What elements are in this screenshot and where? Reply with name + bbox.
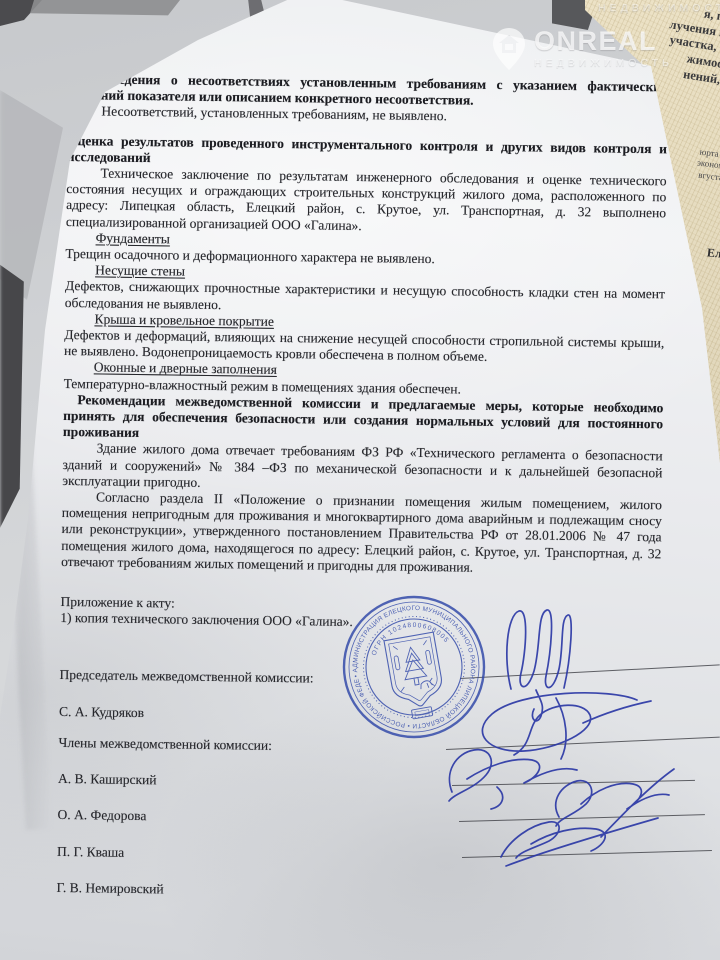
- onreal-watermark: ONREAL НЕДВИЖИМОСТЬ: [492, 27, 720, 79]
- document-body: Сведения о несоответствиях установленным…: [56, 71, 667, 904]
- watermark-brand: ONREAL: [534, 27, 699, 55]
- background-paper-edge: [30, 0, 180, 22]
- para-fz384: Здание жилого дома отвечает требованиям …: [62, 440, 663, 497]
- watermark-tile-fragment: НЕДВИЖИМОСТЬ: [598, 2, 720, 14]
- para-regulation47: Согласно раздела II «Положение о признан…: [61, 489, 662, 578]
- member-name: О. А. Федорова: [57, 807, 657, 832]
- background-doc-text: юрта у эконом вгуста: [695, 146, 720, 183]
- onreal-pin-icon: [492, 27, 526, 71]
- background-doc-text: Ел: [707, 245, 720, 261]
- photo-scene: я, по лучения м участка, с жимос нений, …: [0, 0, 720, 960]
- document-page: Сведения о несоответствиях установленным…: [0, 0, 720, 960]
- official-stamp: • АДМИНИСТРАЦИЯ ЕЛЕЦКОГО МУНИЦИПАЛЬНОГО …: [328, 581, 500, 753]
- heading-recommendations: Рекомендации межведомственной комиссии и…: [63, 392, 664, 449]
- member-name: П. Г. Кваша: [57, 843, 657, 868]
- member-name: Г. В. Немировский: [56, 880, 656, 905]
- para-technical-conclusion: Техническое заключение по результатам ин…: [66, 165, 667, 238]
- watermark-subtitle: НЕДВИЖИМОСТЬ: [534, 57, 699, 69]
